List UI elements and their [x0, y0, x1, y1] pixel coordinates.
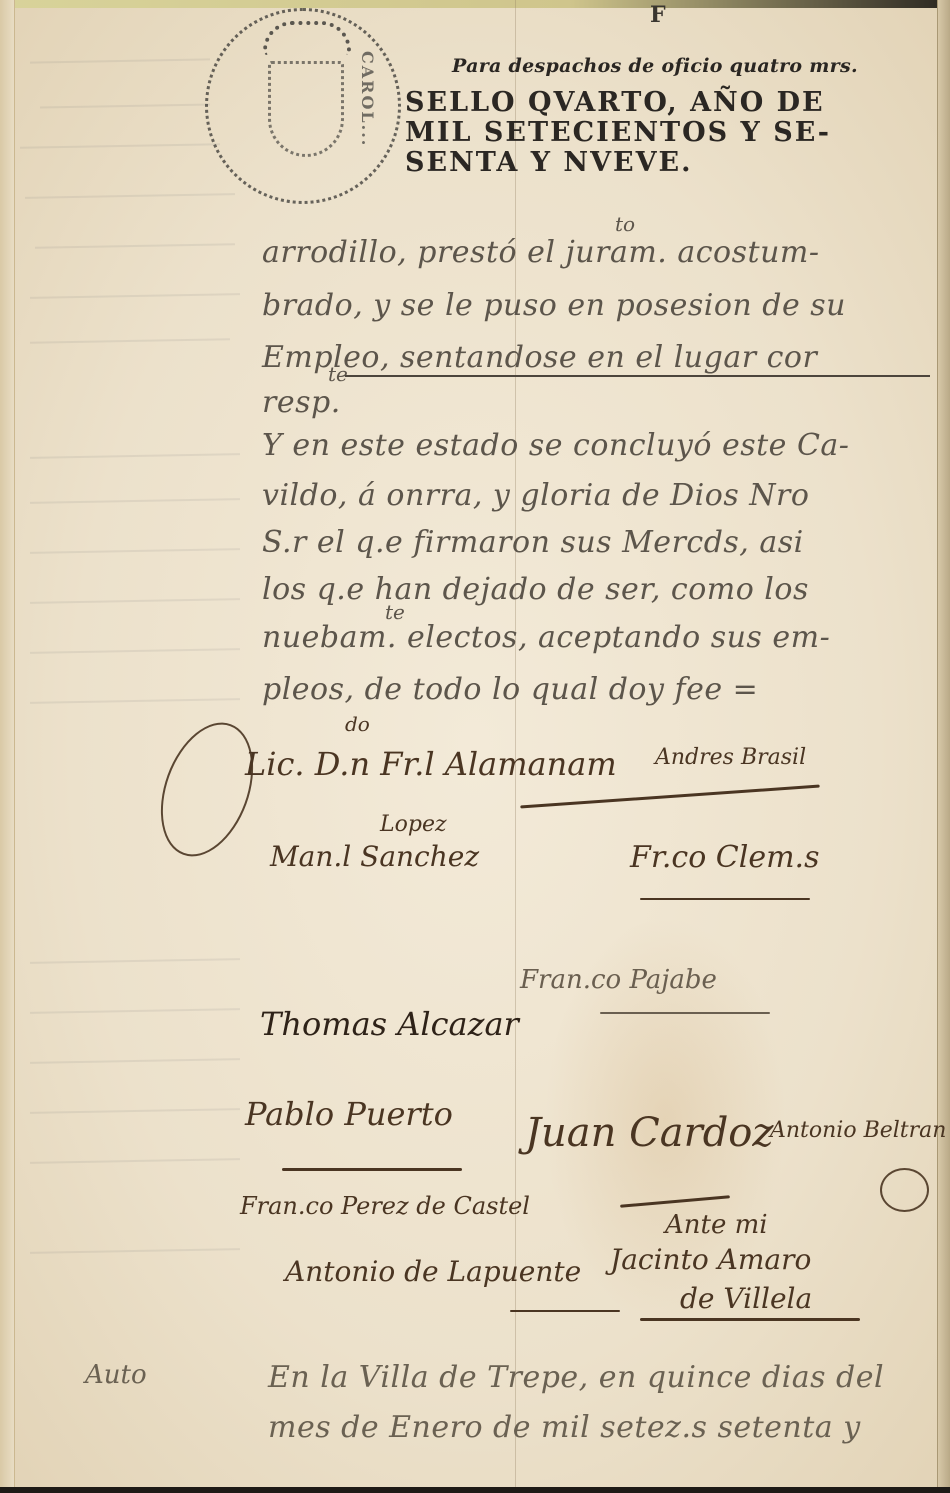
signature-franco-perez-castel: Fran.co Perez de Castel: [240, 1192, 530, 1220]
printed-header-line-2: MIL SETECIENTOS Y SE-: [405, 118, 925, 148]
signature-flourish: [640, 898, 810, 900]
page-bottom-edge: [0, 1487, 950, 1493]
body-line: Y en este estado se concluyó este Ca-: [262, 428, 849, 463]
filler-rule: [345, 375, 930, 377]
body-line: arrodillo, prestó el juram. acostum-: [262, 235, 819, 270]
crown-icon: [263, 21, 351, 55]
signature-flourish: [520, 785, 819, 809]
signature-manl-sanchez: Man.l Sanchez: [270, 840, 479, 873]
page-left-edge: [0, 0, 15, 1493]
rubric-flourish: [880, 1168, 929, 1212]
signature-antonio-beltran: Antonio Beltran: [770, 1118, 946, 1143]
page-right-edge: [937, 0, 950, 1493]
bleed-through-line: [30, 58, 210, 63]
bleed-through-line: [30, 498, 240, 504]
signature-lic-alamanam: Lic. D.n Fr.l Alamanam: [245, 745, 617, 783]
body-line-tail: acostum-: [667, 235, 819, 270]
signature-jacinto-amaro: Jacinto Amaro: [610, 1243, 811, 1276]
body-line-text: nuebam.: [262, 620, 397, 655]
royal-seal-stamp: CAROL...: [205, 8, 401, 204]
body-line-tail: electos, aceptando sus em-: [397, 620, 830, 655]
body-line: pleos, de todo lo qual doy fee =: [262, 672, 758, 707]
bleed-through-line: [30, 698, 240, 704]
signature-flourish: [600, 1012, 770, 1014]
body-line-text: arrodillo, prestó el juram.: [262, 235, 667, 270]
top-mark: F: [650, 2, 666, 28]
signature-andres-brasil: Andres Brasil: [655, 745, 806, 770]
bleed-through-line: [30, 548, 240, 554]
signature-flourish: [640, 1318, 860, 1321]
bleed-through-line: [30, 598, 240, 604]
signature-de-villela: de Villela: [680, 1282, 812, 1315]
bleed-through-line: [30, 1008, 240, 1014]
superscript: te: [328, 362, 348, 386]
bleed-through-line: [30, 1158, 240, 1164]
bleed-through-line: [30, 1248, 240, 1254]
body-line: resp.: [262, 385, 341, 420]
body-line: brado, y se le puso en posesion de su: [262, 288, 846, 323]
superscript: to: [615, 212, 635, 236]
printed-header-line-3: SENTA Y NVEVE.: [405, 148, 925, 178]
signature-juan-cardoz: Juan Cardoz: [525, 1110, 773, 1156]
closing-line: En la Villa de Trepe, en quince dias del: [268, 1360, 884, 1395]
bleed-through-line: [30, 453, 240, 459]
stamp-legend: CAROL...: [358, 51, 377, 147]
printed-header-line-1: SELLO QVARTO, AÑO DE: [405, 88, 925, 118]
manuscript-page: CAROL... F Para despachos de oficio quat…: [0, 0, 950, 1493]
signature-flourish: [510, 1310, 620, 1312]
printed-stamp-header: SELLO QVARTO, AÑO DE MIL SETECIENTOS Y S…: [405, 88, 925, 178]
bleed-through-line: [40, 104, 210, 109]
signature-flourish: [620, 1195, 730, 1208]
bleed-through-line: [25, 193, 235, 199]
notary-ante-mi: Ante mi: [665, 1210, 768, 1240]
body-line: los q.e han dejado de ser, como los: [262, 572, 809, 607]
bleed-through-line: [30, 958, 240, 964]
bleed-through-line: [30, 338, 230, 343]
bleed-through-line: [30, 293, 240, 299]
body-line: nuebam. electos, aceptando sus em-: [262, 620, 830, 655]
signature-franco-pajabe: Fran.co Pajabe: [520, 965, 717, 995]
shield-icon: [268, 61, 344, 157]
body-line: vildo, á onrra, y gloria de Dios Nro: [262, 478, 809, 513]
bleed-through-line: [30, 648, 240, 654]
signature-antonio-lapuente: Antonio de Lapuente: [285, 1255, 581, 1288]
margin-note-auto: Auto: [85, 1360, 147, 1390]
superscript: te: [385, 600, 405, 624]
bleed-through-line: [20, 143, 220, 148]
bleed-through-line: [30, 1058, 240, 1064]
signature-flourish: [282, 1168, 462, 1171]
signature-pablo-puerto: Pablo Puerto: [245, 1095, 453, 1133]
signature-fco-clems: Fr.co Clem.s: [630, 840, 819, 875]
signature-lopez: Lopez: [380, 812, 447, 837]
page-top-edge: [0, 0, 950, 8]
superscript: do: [345, 712, 370, 736]
signature-thomas-alcazar: Thomas Alcazar: [260, 1005, 519, 1043]
body-line: S.r el q.e firmaron sus Mercds, asi: [262, 525, 804, 560]
printed-tax-line: Para despachos de oficio quatro mrs.: [452, 55, 858, 77]
bleed-through-line: [30, 1108, 240, 1114]
rubric-flourish: [144, 710, 270, 869]
closing-line: mes de Enero de mil setez.s setenta y: [268, 1410, 861, 1445]
bleed-through-line: [35, 243, 235, 248]
